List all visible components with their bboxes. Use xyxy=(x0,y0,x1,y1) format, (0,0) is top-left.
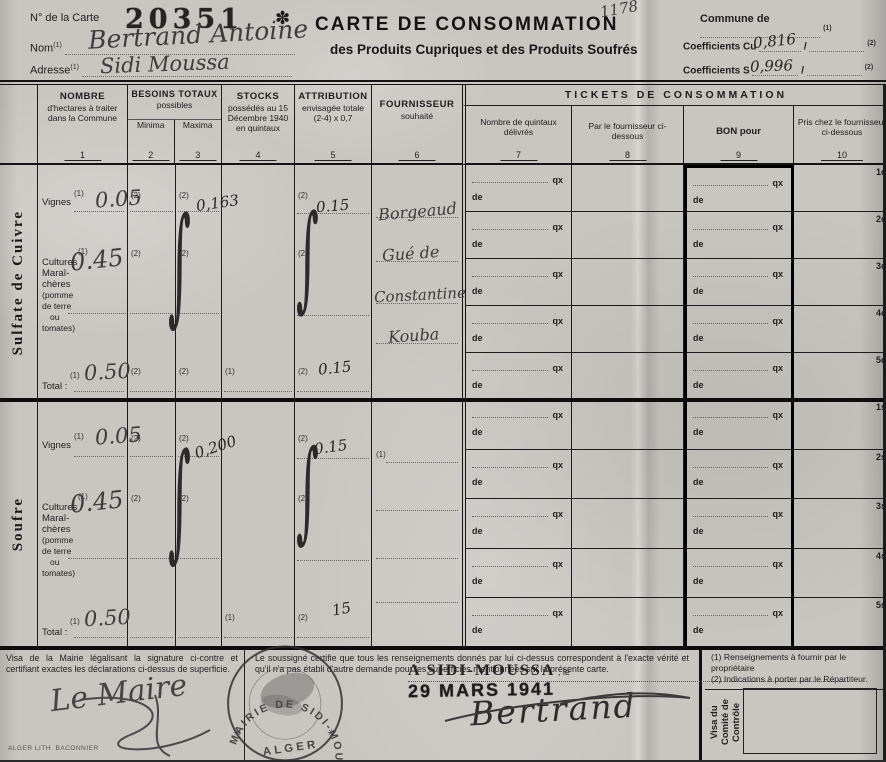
tickets-banner: TICKETS DE CONSOMMATION xyxy=(462,85,886,106)
visa-comite-label: Visa du Comité de Contrôle xyxy=(709,690,742,754)
hw-soufre-total: 0.50 xyxy=(83,605,131,631)
document-subtitle: des Produits Cupriques et des Produits S… xyxy=(330,42,638,57)
hw-cuivre-total-attr: 0.15 xyxy=(317,357,352,378)
bon-pour-cell: qxde xyxy=(684,259,794,306)
ticket-price-cell: 2c xyxy=(794,212,886,259)
ticket-fournisseur-cell xyxy=(572,450,684,500)
bon-pour-cell: qxde xyxy=(684,165,794,212)
col8-header: Par le fournisseur ci-dessous 8 xyxy=(572,106,684,163)
side-label-soufre: Soufre xyxy=(0,400,38,648)
ticket-price-cell: 3s xyxy=(794,499,886,549)
ticket-quintaux-cell: qxde xyxy=(466,353,572,400)
tickets-grid-cuivre: qxdeqxde1cqxdeqxde2cqxdeqxde3cqxdeqxde4c… xyxy=(462,165,886,400)
ticket-quintaux-cell: qxde xyxy=(466,212,572,259)
hw-soufre-vignes: 0.05 xyxy=(94,422,142,449)
section-divider xyxy=(0,398,886,402)
consumption-card-document: N° de la Carte 20351 ✽ CARTE DE CONSOMMA… xyxy=(0,0,886,762)
ticket-fournisseur-cell xyxy=(572,400,684,450)
mairie-round-stamp: MAIRIE DE SIDI-MOUSSA ALGER ✳ ✳ xyxy=(185,640,385,762)
bon-pour-cell: qxde xyxy=(684,549,794,599)
soufre-col6-fournisseur: (1) xyxy=(372,400,462,648)
stamp-star: ✳ xyxy=(233,728,241,739)
col3-maxima: Maxima 3 xyxy=(175,120,222,163)
stamp-bottom-text: ALGER xyxy=(262,739,319,759)
ticket-quintaux-cell: qxde xyxy=(466,549,572,599)
ticket-price-cell: 1c xyxy=(794,165,886,212)
handwritten-coeff-s: 0,996 xyxy=(750,56,794,75)
hw-fournisseur-line: Gué de xyxy=(381,242,440,265)
handwritten-brace: ∫ xyxy=(168,192,191,340)
ticket-fournisseur-cell xyxy=(572,259,684,306)
signature-flourish xyxy=(440,686,700,736)
bon-pour-cell: qxde xyxy=(684,212,794,259)
ticket-quintaux-cell: qxde xyxy=(466,306,572,353)
ticket-price-cell: 1s xyxy=(794,400,886,450)
ticket-fournisseur-cell xyxy=(572,212,684,259)
col7-header: Nombre de quintaux délivrés 7 xyxy=(466,106,572,163)
ticket-quintaux-cell: qxde xyxy=(466,450,572,500)
col5-header: ATTRIBUTION envisagée totale (2-4) x 0,7… xyxy=(295,85,372,163)
table-bottom-rule xyxy=(0,646,886,650)
ticket-quintaux-cell: qxde xyxy=(466,400,572,450)
footer: Visa de la Mairie légalisant la signatur… xyxy=(0,648,886,760)
ticket-fournisseur-cell xyxy=(572,306,684,353)
table-header-left: NOMBRE d'hectares à traiter dans la Comm… xyxy=(0,85,462,165)
col4-header: STOCKS possédés au 15 Décembre 1940 en q… xyxy=(222,85,295,163)
handwritten-ref-number: 1178 xyxy=(599,0,640,21)
col1-header: NOMBRE d'hectares à traiter dans la Comm… xyxy=(38,85,128,163)
ticket-quintaux-cell: qxde xyxy=(466,499,572,549)
visa-comite-box xyxy=(743,688,877,754)
ticket-price-cell: 4c xyxy=(794,306,886,353)
ticket-quintaux-cell: qxde xyxy=(466,598,572,648)
notes-visa-panel: (1) Renseignements à fournir par le prop… xyxy=(705,648,886,760)
hw-cuivre-attribution: 0.15 xyxy=(315,196,350,217)
ticket-fournisseur-cell xyxy=(572,353,684,400)
ticket-price-cell: 3c xyxy=(794,259,886,306)
minima-maxima-split: Minima 2 Maxima 3 xyxy=(128,119,221,163)
ticket-fournisseur-cell xyxy=(572,598,684,648)
ticket-fournisseur-cell xyxy=(572,499,684,549)
tickets-grid-soufre: qxdeqxde1sqxdeqxde2sqxdeqxde3sqxdeqxde4s… xyxy=(462,400,886,648)
col2-minima: Minima 2 xyxy=(128,120,175,163)
table-header-tickets: Nombre de quintaux délivrés 7 Par le fou… xyxy=(462,106,886,165)
stamp-star: ✳ xyxy=(327,728,335,739)
bon-pour-cell: qxde xyxy=(684,499,794,549)
ticket-fournisseur-cell xyxy=(572,165,684,212)
hw-soufre-cultures: 0.45 xyxy=(69,485,125,518)
svg-text:MAIRIE DE SIDI-MOUSSA: MAIRIE DE SIDI-MOUSSA xyxy=(199,640,345,762)
side-label-cuivre: Sulfate de Cuivre xyxy=(0,165,38,400)
ticket-price-cell: 2s xyxy=(794,450,886,500)
col2-3-header: BESOINS TOTAUX possibles Minima 2 Maxima… xyxy=(128,85,222,163)
hw-fournisseur-line: Kouba xyxy=(387,324,439,347)
bon-pour-cell: qxde xyxy=(684,598,794,648)
ticket-price-cell: 4s xyxy=(794,549,886,599)
ticket-quintaux-cell: qxde xyxy=(466,259,572,306)
bon-pour-cell: qxde xyxy=(684,400,794,450)
col6-header: FOURNISSEUR souhaité 6 xyxy=(372,85,462,163)
col10-header: Pris chez le fournisseur ci-dessous 10 xyxy=(794,106,886,163)
ticket-price-cell: 5s xyxy=(794,598,886,648)
ticket-quintaux-cell: qxde xyxy=(466,165,572,212)
hw-soufre-total-attr: 15 xyxy=(331,598,353,619)
bon-pour-cell: qxde xyxy=(684,306,794,353)
bon-pour-cell: qxde xyxy=(684,450,794,500)
footnote-2: (2) Indications à porter par le Répartit… xyxy=(711,674,880,685)
handwritten-address: Sidi Moussa xyxy=(100,50,230,79)
hw-cuivre-vignes: 0.05 xyxy=(94,185,142,212)
hw-cuivre-total: 0.50 xyxy=(83,359,131,385)
footnote-1: (1) Renseignements à fournir par le prop… xyxy=(711,652,880,674)
ticket-price-cell: 5c xyxy=(794,353,886,400)
footnotes: (1) Renseignements à fournir par le prop… xyxy=(705,648,886,690)
card-number-label: N° de la Carte xyxy=(30,12,99,24)
side-label-header-cell xyxy=(0,85,38,163)
stamp-top-text: MAIRIE DE SIDI-MOUSSA xyxy=(199,640,345,762)
ticket-fournisseur-cell xyxy=(572,549,684,599)
document-title: CARTE DE CONSOMMATION xyxy=(315,14,618,36)
col9-header: BON pour 9 xyxy=(684,106,794,163)
hw-cuivre-cultures: 0.45 xyxy=(69,243,125,276)
handwritten-brace: ∫ xyxy=(168,428,191,576)
bon-pour-cell: qxde xyxy=(684,353,794,400)
